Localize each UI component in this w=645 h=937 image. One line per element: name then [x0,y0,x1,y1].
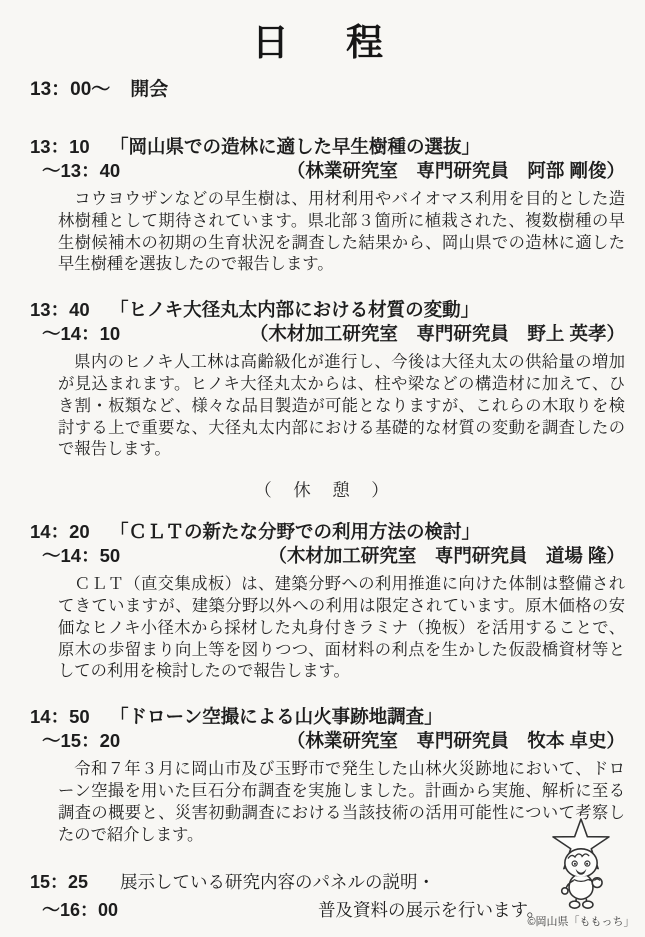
session-1-abstract: コウヨウザンなどの早生樹は、用材利用やバイオマス利用を目的とした造林樹種として期… [58,189,625,276]
session-3-start-time: 14：20 [30,520,110,543]
session-3-header: 14：20 「ＣＬＴの新たな分野での利用方法の検討」 [0,520,645,543]
session-3: 14：20 「ＣＬＴの新たな分野での利用方法の検討」 ～14：50 （木材加工研… [0,520,645,683]
session-2-start-time: 13：40 [30,298,110,321]
session-3-subheader: ～14：50 （木材加工研究室 専門研究員 道場 隆） [0,544,645,567]
session-2-subheader: ～14：10 （木材加工研究室 専門研究員 野上 英孝） [0,322,645,345]
session-4-presenter: （林業研究室 専門研究員 牧本 卓史） [287,729,625,752]
opening-row: 13：00～ 開会 [30,74,645,101]
session-1-start-time: 13：10 [30,135,110,158]
session-2-title: 「ヒノキ大径丸太内部における材質の変動」 [110,298,479,321]
session-3-end-time: ～14：50 [42,544,120,567]
opening-label: 開会 [130,74,168,101]
closing-start-time: 15：25 [30,870,120,894]
session-2: 13：40 「ヒノキ大径丸太内部における材質の変動」 ～14：10 （木材加工研… [0,298,645,461]
session-2-end-time: ～14：10 [42,322,120,345]
break-label: （ 休 憩 ） [0,477,645,502]
session-1-subheader: ～13：40 （林業研究室 専門研究員 阿部 剛俊） [0,159,645,182]
closing-line-1: 展示している研究内容のパネルの説明・ [120,870,435,894]
momotchi-mascot-icon [532,818,630,912]
session-1-title: 「岡山県での造林に適した早生樹種の選抜」 [110,135,480,158]
session-3-title: 「ＣＬＴの新たな分野での利用方法の検討」 [110,520,480,543]
session-4-header: 14：50 「ドローン空撮による山火事跡地調査」 [0,705,645,728]
session-1-presenter: （林業研究室 専門研究員 阿部 剛俊） [287,159,625,182]
session-3-presenter: （木材加工研究室 専門研究員 道場 隆） [268,544,625,567]
session-4-subheader: ～15：20 （林業研究室 専門研究員 牧本 卓史） [0,729,645,752]
session-4-title: 「ドローン空撮による山火事跡地調査」 [110,705,443,728]
session-1-end-time: ～13：40 [42,159,120,182]
session-4-end-time: ～15：20 [42,729,120,752]
momotchi-mascot: ©岡山県「ももっち」 [523,818,639,929]
closing-end-time: ～16：00 [42,898,118,922]
session-2-abstract: 県内のヒノキ人工林は高齢級化が進行し、今後は大径丸太の供給量の増加が見込まれます… [58,352,625,461]
closing-line-2: 普及資料の展示を行います。 [318,898,544,922]
page-title: 日 程 [0,12,645,66]
session-4-start-time: 14：50 [30,705,110,728]
session-2-header: 13：40 「ヒノキ大径丸太内部における材質の変動」 [0,298,645,321]
mascot-credit: ©岡山県「ももっち」 [523,913,639,929]
session-3-abstract: ＣＬＴ（直交集成板）は、建築分野への利用推進に向けた体制は整備されてきていますが… [58,574,625,683]
program-page: 日 程 13：00～ 開会 13：10 「岡山県での造林に適した早生樹種の選抜」… [0,0,645,937]
opening-time: 13：00～ [30,74,110,101]
session-1: 13：10 「岡山県での造林に適した早生樹種の選抜」 ～13：40 （林業研究室… [0,135,645,276]
session-1-header: 13：10 「岡山県での造林に適した早生樹種の選抜」 [0,135,645,158]
session-2-presenter: （木材加工研究室 専門研究員 野上 英孝） [250,322,625,345]
